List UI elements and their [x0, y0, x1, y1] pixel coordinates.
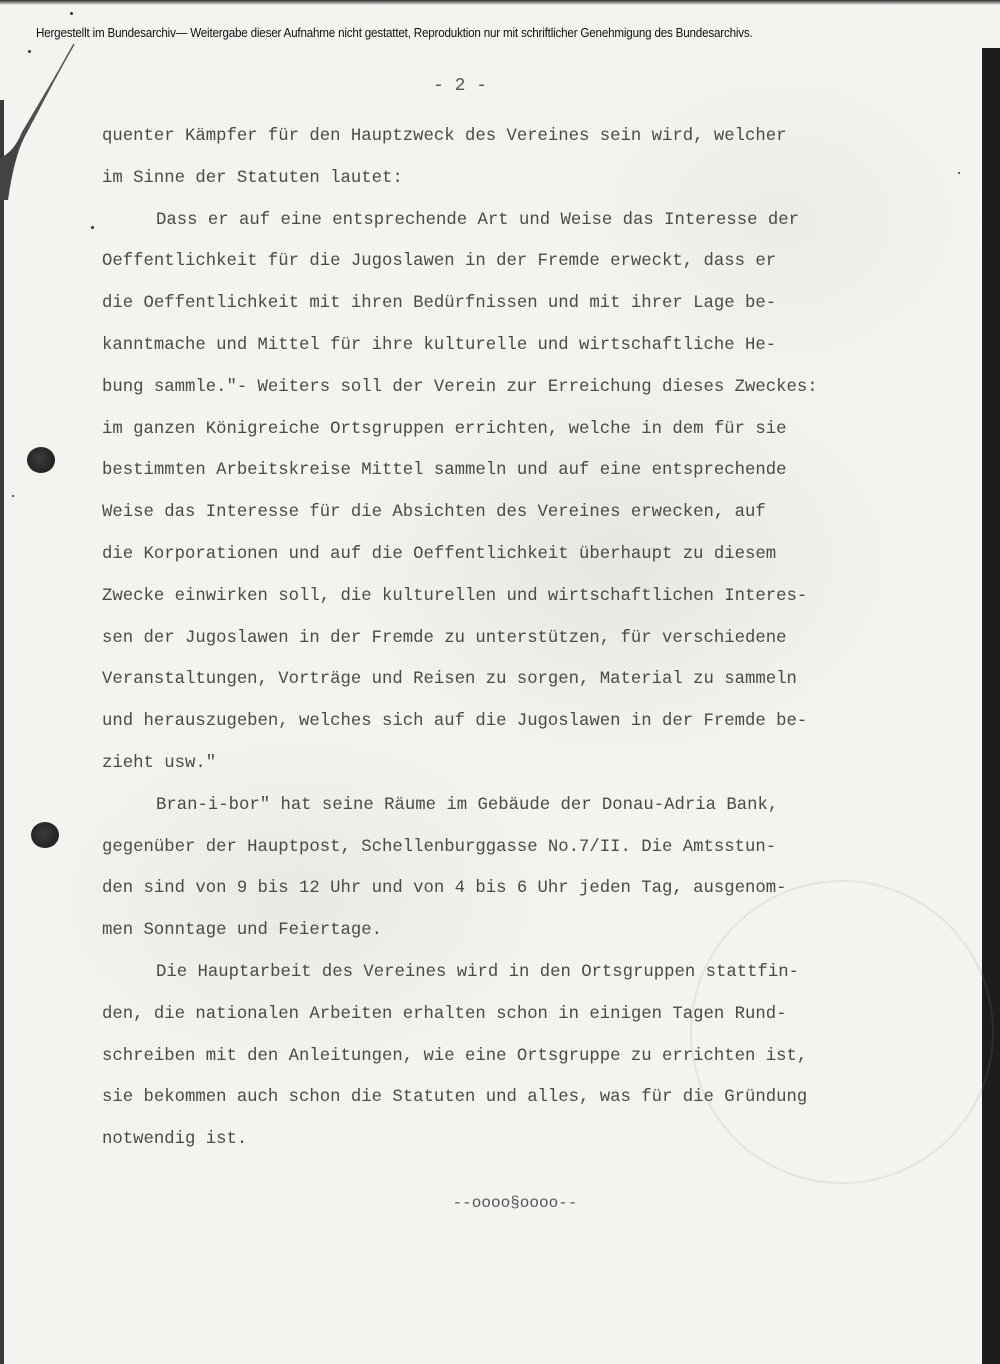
- document-page: Hergestellt im Bundesarchiv— Weitergabe …: [0, 0, 1000, 1364]
- scan-speck: [70, 12, 73, 15]
- punch-hole: [27, 447, 55, 473]
- text-line: Zwecke einwirken soll, die kulturellen u…: [102, 576, 982, 618]
- text-line: Weise das Interesse für die Absichten de…: [102, 492, 982, 534]
- text-line: bung sammle."- Weiters soll der Verein z…: [102, 367, 982, 409]
- text-line: notwendig ist.: [102, 1119, 982, 1161]
- text-line: Veranstaltungen, Vorträge und Reisen zu …: [102, 659, 982, 701]
- text-line: quenter Kämpfer für den Hauptzweck des V…: [102, 116, 982, 158]
- text-line: men Sonntage und Feiertage.: [102, 910, 982, 952]
- text-line: und herauszugeben, welches sich auf die …: [102, 701, 982, 743]
- typewritten-body: quenter Kämpfer für den Hauptzweck des V…: [102, 116, 982, 1161]
- text-line: kanntmache und Mittel für ihre kulturell…: [102, 325, 982, 367]
- text-line: sen der Jugoslawen in der Fremde zu unte…: [102, 618, 982, 660]
- end-separator: --oooo§oooo--: [0, 1194, 1000, 1212]
- scan-left-edge: [0, 100, 4, 1364]
- text-line: den, die nationalen Arbeiten erhalten sc…: [102, 994, 982, 1036]
- text-line: schreiben mit den Anleitungen, wie eine …: [102, 1036, 982, 1078]
- scan-speck: [91, 226, 94, 229]
- punch-hole: [31, 822, 59, 848]
- scan-speck: [12, 495, 14, 497]
- scan-speck: [28, 50, 31, 53]
- scan-top-shadow: [0, 0, 1000, 5]
- page-number: - 2 -: [0, 76, 920, 96]
- text-line: Bran-i-bor" hat seine Räume im Gebäude d…: [102, 785, 982, 827]
- archive-notice: Hergestellt im Bundesarchiv— Weitergabe …: [36, 26, 929, 40]
- text-line: Die Hauptarbeit des Vereines wird in den…: [102, 952, 982, 994]
- scan-right-edge: [982, 48, 1000, 1364]
- text-line: gegenüber der Hauptpost, Schellenburggas…: [102, 827, 982, 869]
- text-line: im Sinne der Statuten lautet:: [102, 158, 982, 200]
- text-line: die Oeffentlichkeit mit ihren Bedürfniss…: [102, 283, 982, 325]
- text-line: im ganzen Königreiche Ortsgruppen errich…: [102, 409, 982, 451]
- text-line: Oeffentlichkeit für die Jugoslawen in de…: [102, 241, 982, 283]
- text-line: bestimmten Arbeitskreise Mittel sammeln …: [102, 450, 982, 492]
- paper-fold-mark: [0, 40, 80, 200]
- text-line: den sind von 9 bis 12 Uhr und von 4 bis …: [102, 868, 982, 910]
- text-line: zieht usw.": [102, 743, 982, 785]
- text-line: sie bekommen auch schon die Statuten und…: [102, 1077, 982, 1119]
- text-line: die Korporationen und auf die Oeffentlic…: [102, 534, 982, 576]
- text-line: Dass er auf eine entsprechende Art und W…: [102, 200, 982, 242]
